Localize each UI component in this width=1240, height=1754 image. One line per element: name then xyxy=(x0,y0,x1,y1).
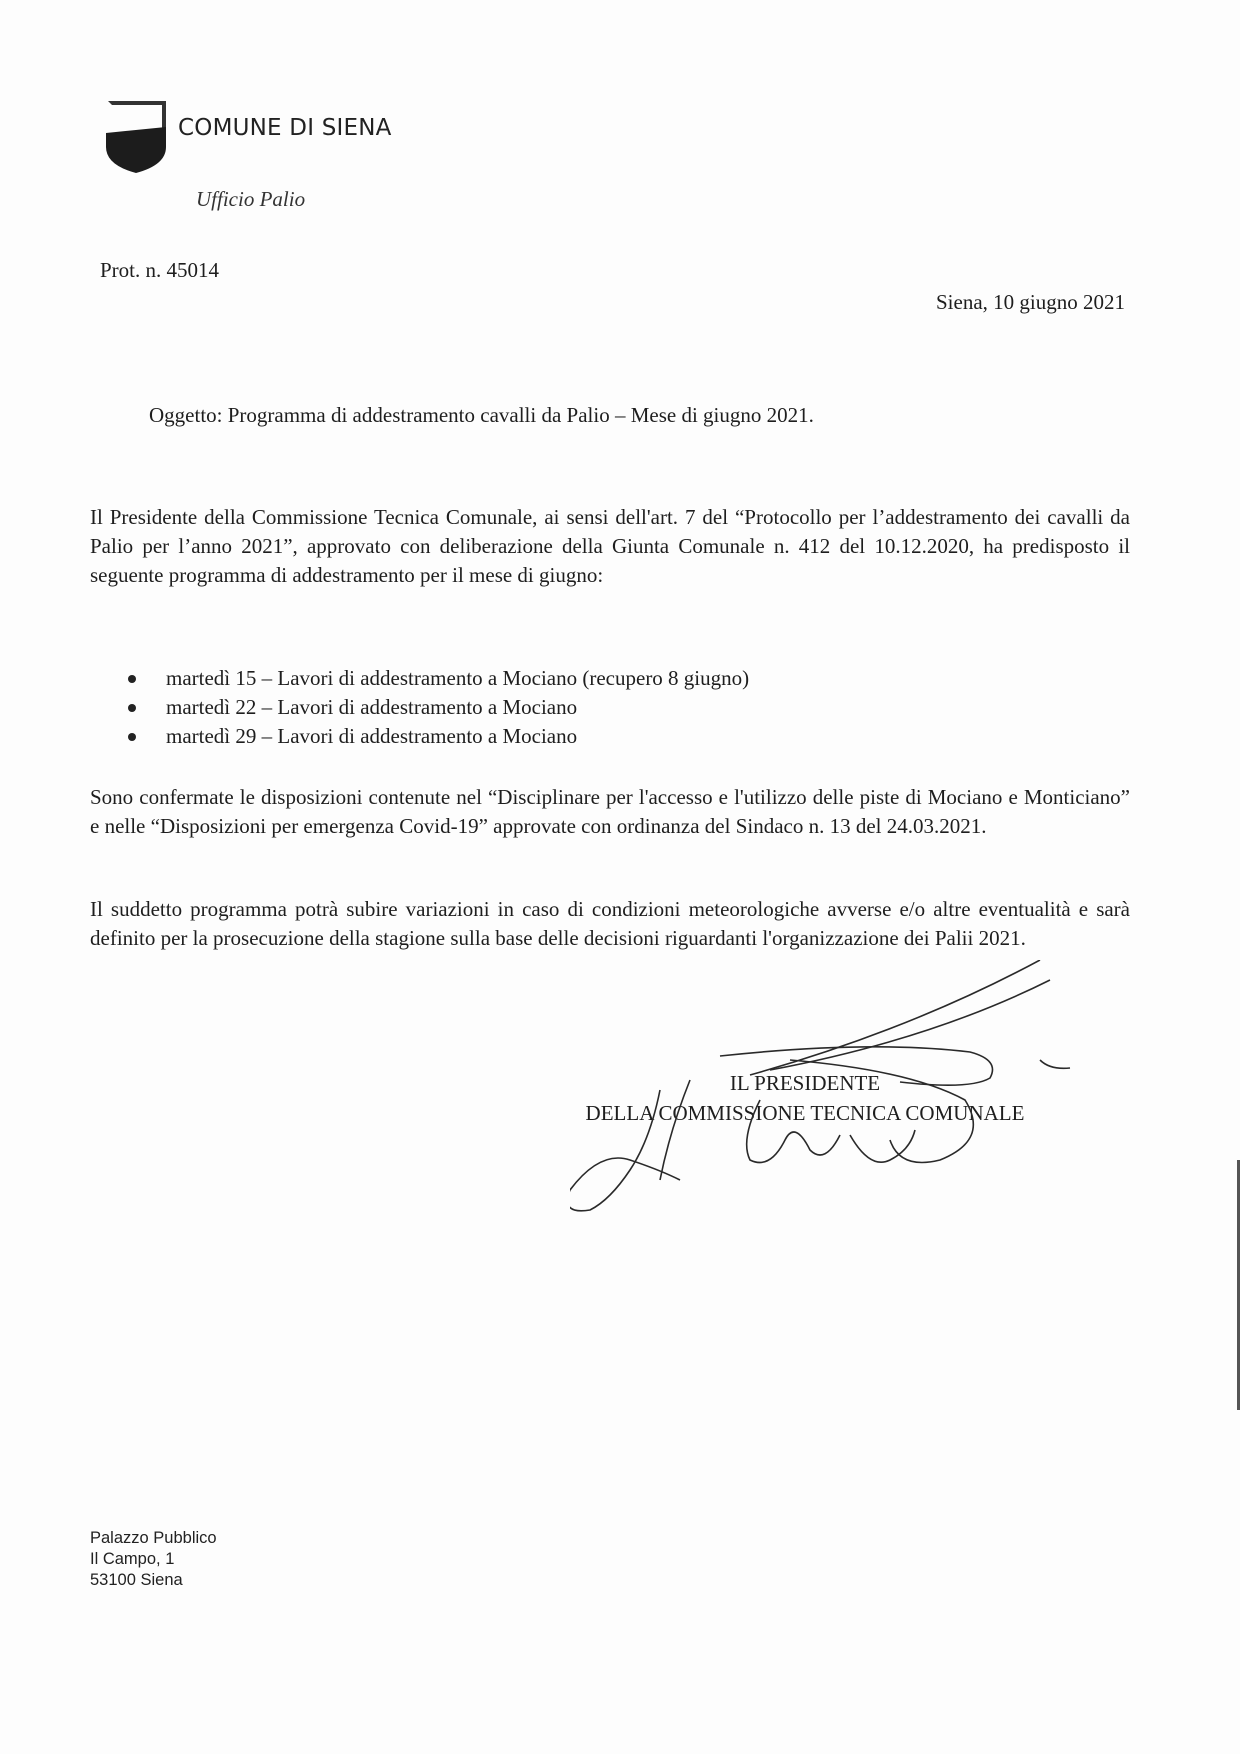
schedule-list: martedì 15 – Lavori di addestramento a M… xyxy=(128,664,749,751)
place-date: Siena, 10 giugno 2021 xyxy=(936,290,1125,315)
footer-address: Palazzo Pubblico Il Campo, 1 53100 Siena xyxy=(90,1528,217,1591)
intro-paragraph: Il Presidente della Commissione Tecnica … xyxy=(90,503,1130,590)
bullet-icon xyxy=(128,733,136,741)
handwritten-signature-icon xyxy=(570,960,1110,1220)
dispositions-paragraph: Sono confermate le disposizioni contenut… xyxy=(90,783,1130,841)
schedule-item-text: martedì 22 – Lavori di addestramento a M… xyxy=(166,695,577,719)
bullet-icon xyxy=(128,675,136,683)
list-item: martedì 15 – Lavori di addestramento a M… xyxy=(128,664,749,693)
schedule-item-text: martedì 29 – Lavori di addestramento a M… xyxy=(166,724,577,748)
bullet-icon xyxy=(128,704,136,712)
office-name: Ufficio Palio xyxy=(196,187,305,212)
address-line: Palazzo Pubblico xyxy=(90,1528,217,1549)
address-line: 53100 Siena xyxy=(90,1570,217,1591)
list-item: martedì 29 – Lavori di addestramento a M… xyxy=(128,722,749,751)
schedule-item-text: martedì 15 – Lavori di addestramento a M… xyxy=(166,666,749,690)
protocol-number: Prot. n. 45014 xyxy=(100,258,219,283)
subject-line: Oggetto: Programma di addestramento cava… xyxy=(149,403,814,428)
address-line: Il Campo, 1 xyxy=(90,1549,217,1570)
organization-name: COMUNE DI SIENA xyxy=(178,115,392,141)
siena-coat-of-arms-icon xyxy=(104,95,168,175)
variations-paragraph: Il suddetto programma potrà subire varia… xyxy=(90,895,1130,953)
list-item: martedì 22 – Lavori di addestramento a M… xyxy=(128,693,749,722)
